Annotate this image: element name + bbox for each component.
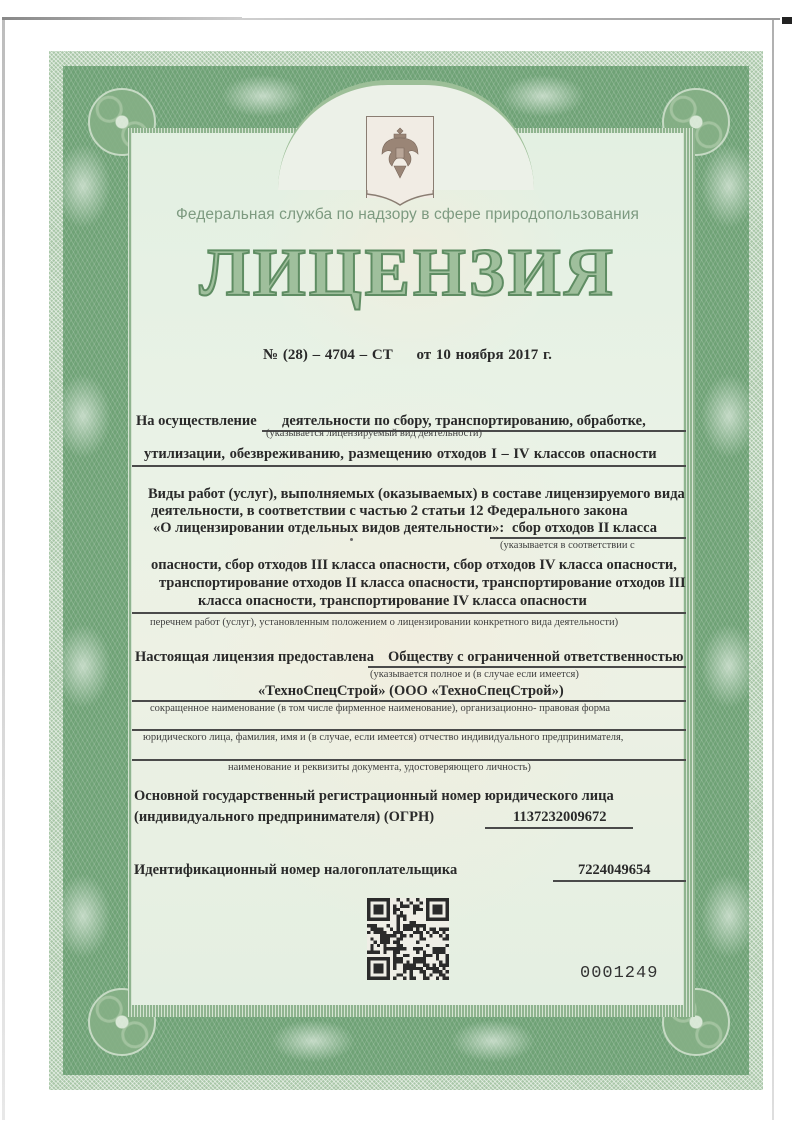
document-title: ЛИЦЕНЗИЯ [132,238,683,306]
licensee-hint3: юридического лица, фамилия, имя и (в слу… [143,732,623,743]
works-value-line3: транспортирование отходов II класса опас… [159,575,686,592]
works-value-line1: сбор отходов II класса [512,520,657,537]
works-intro-line3: «О лицензировании отдельных видов деятел… [153,520,504,537]
license-date: от 10 ноября 2017 г. [416,347,551,363]
ink-mark [350,538,353,541]
inn-value: 7224049654 [578,862,651,879]
license-number: № (28) – 4704 – СТ [263,347,393,363]
ogrn-label-line1: Основной государственный регистрационный… [134,788,614,805]
works-value-line4: класса опасности, транспортирование IV к… [198,593,587,610]
underline [132,759,686,761]
works-hint1: (указывается в соответствии с [500,540,635,551]
licensee-hint1: (указывается полное и (в случае если име… [370,669,579,680]
works-intro-line2: деятельности, в соответствии с частью 2 … [151,503,628,520]
inn-label: Идентификационный номер налогоплательщик… [134,862,457,879]
underline [368,666,686,668]
scan-edge-top [240,18,780,20]
underline [132,700,686,702]
underline [553,880,686,882]
scan-edge-top [2,17,242,20]
licensee-value-line1: Обществу с ограниченной ответственностью [388,649,683,666]
licensee-value-line2: «ТехноСпецСтрой» (ООО «ТехноСпецСтрой») [258,683,564,700]
scan-edge-left [2,20,5,1120]
works-intro-line1: Виды работ (услуг), выполняемых (оказыва… [148,486,685,503]
activity-value-line2: утилизации, обезвреживанию, размещению о… [144,446,657,463]
qr-code-icon [367,898,449,980]
issuer-name: Федеральная служба по надзору в сфере пр… [132,206,683,224]
emblem-shield-point [366,190,434,206]
underline [485,827,633,829]
activity-label: На осуществление [136,413,257,430]
underline [132,729,686,731]
licensee-hint2: сокращенное наименование (в том числе фи… [150,703,610,714]
licensee-hint4: наименование и реквизиты документа, удос… [228,762,531,773]
licensee-label: Настоящая лицензия предоставлена [135,649,374,666]
coat-of-arms-icon [380,124,420,184]
underline [490,537,686,539]
ogrn-label-line2: (индивидуального предпринимателя) (ОГРН) [134,809,434,826]
license-number-line: № (28) – 4704 – СТ от 10 ноября 2017 г. [132,347,683,364]
scan-corner [782,17,792,24]
serial-number: 0001249 [580,964,658,983]
underline [132,465,686,467]
underline [132,612,686,614]
activity-hint: (указывается лицензируемый вид деятельно… [266,428,482,439]
works-value-line2: опасности, сбор отходов III класса опасн… [151,557,677,574]
works-hint2: перечнем работ (услуг), установленным по… [150,617,618,628]
scan-edge-right [772,20,774,1120]
ogrn-value: 1137232009672 [513,809,606,826]
